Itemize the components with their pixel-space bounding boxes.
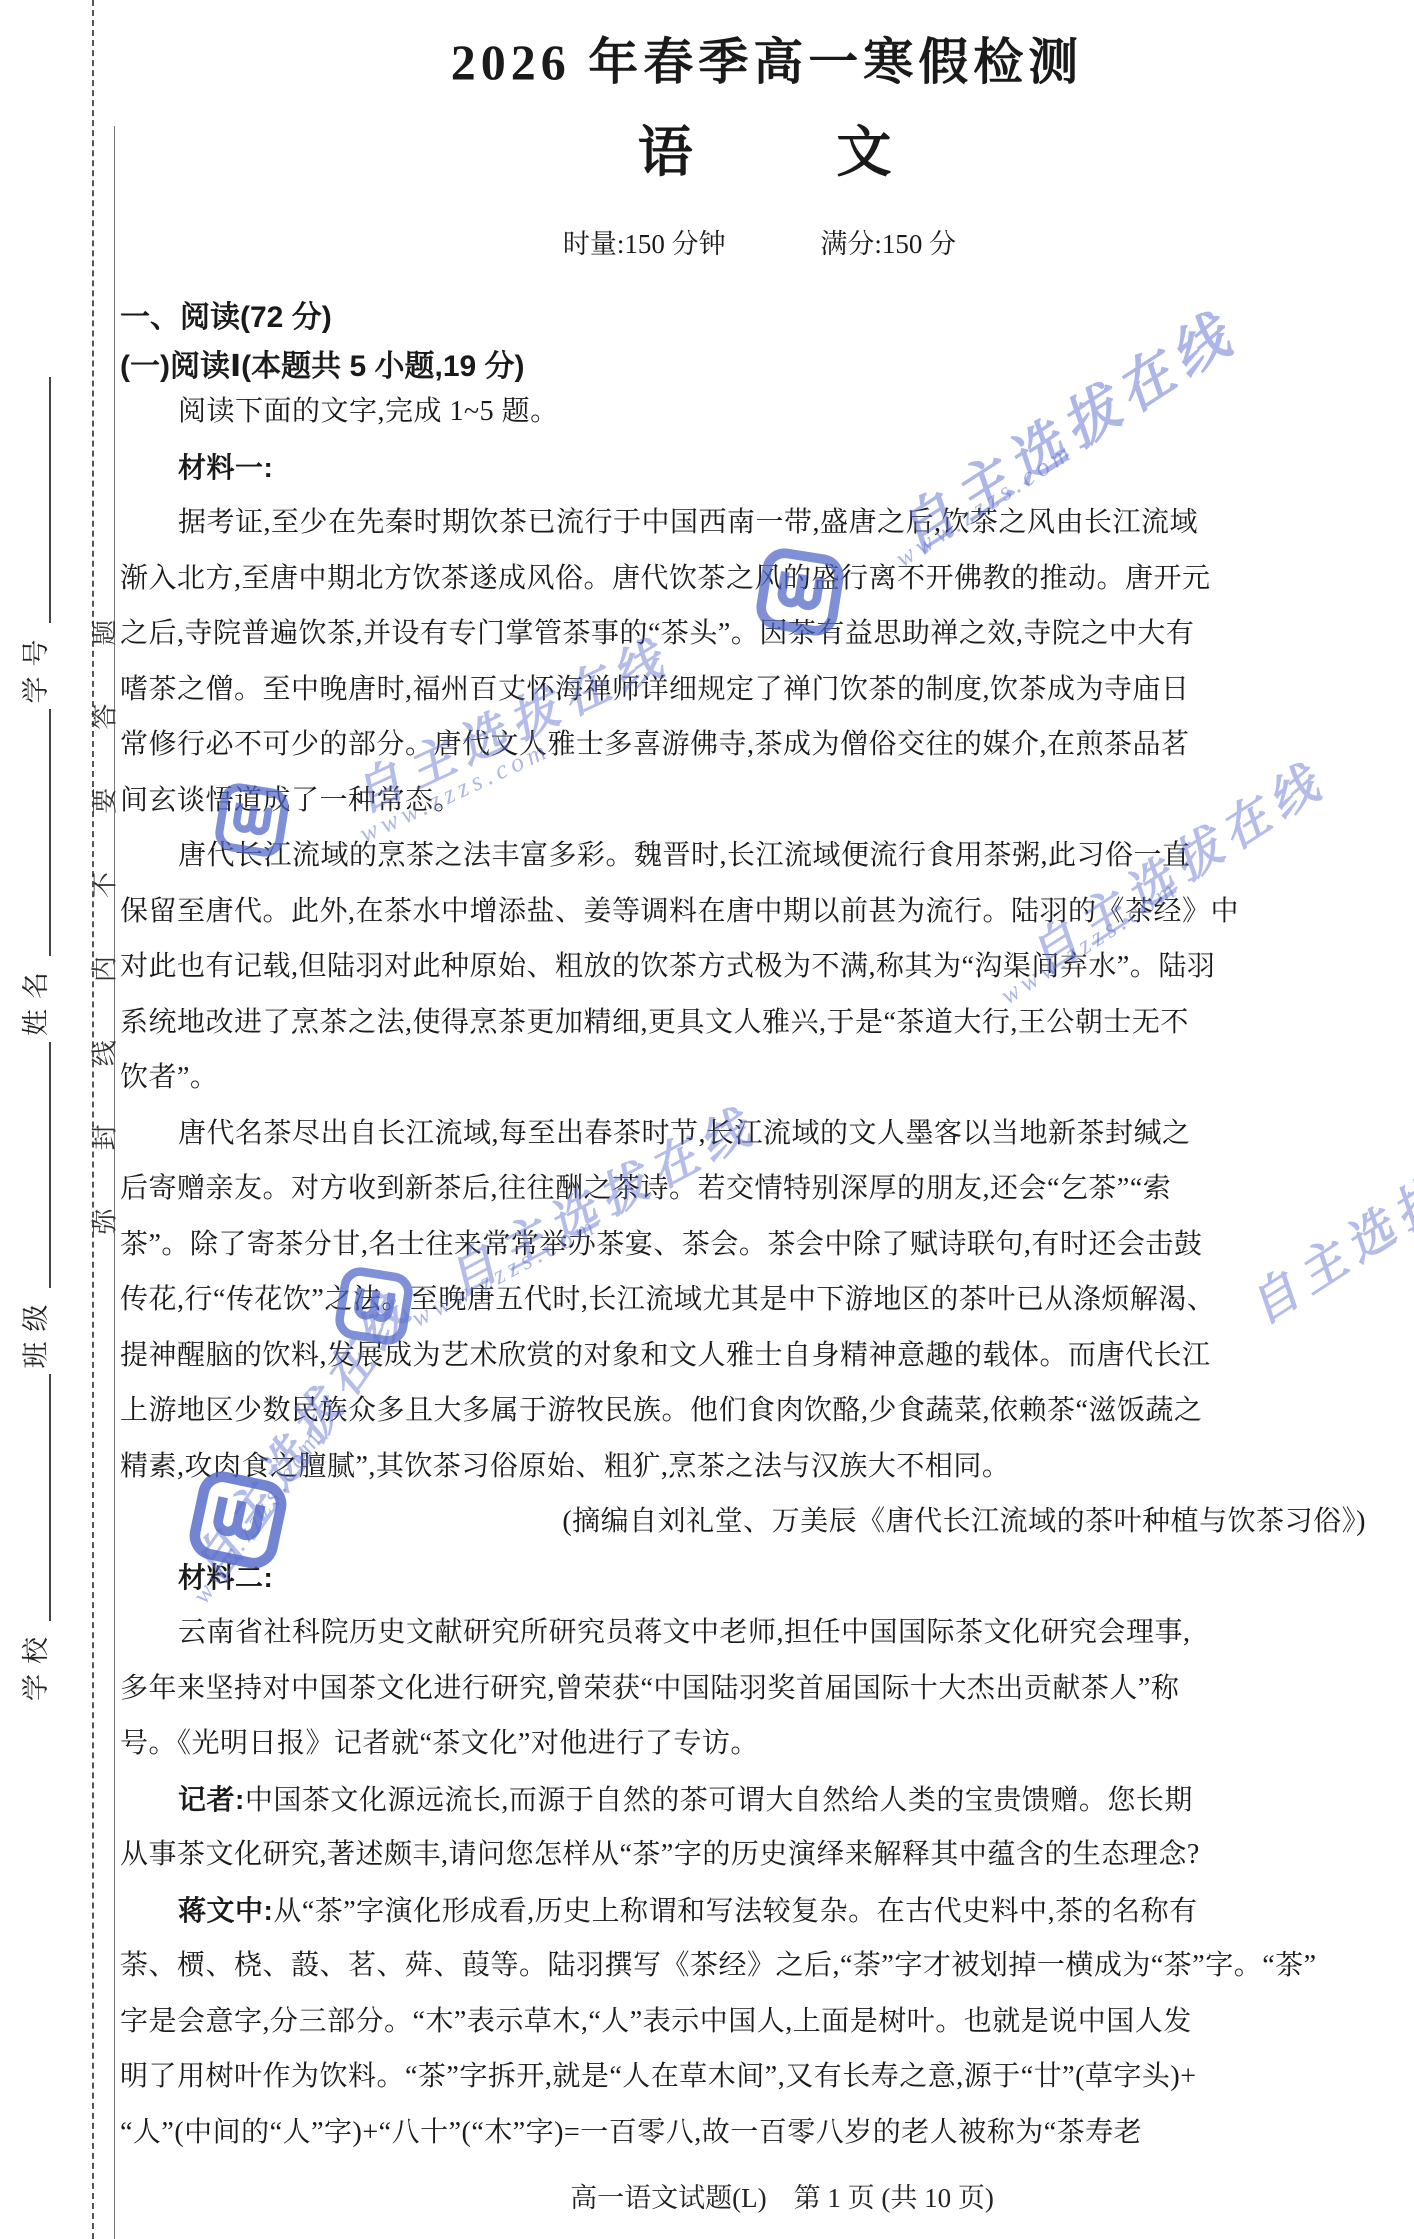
seal-text-char: 不 (85, 872, 115, 898)
student-field-label: 班级 (21, 1295, 51, 1369)
seal-text-char: 线 (85, 1040, 115, 1066)
student-field-fill-line (21, 710, 51, 957)
body-line: 系统地改进了烹茶之法,使得烹茶更加精细,更具文人雅兴,于是“茶道大行,王公朝士无… (120, 995, 1366, 1051)
section-heading-reading: 一、阅读(72 分) (120, 292, 332, 336)
student-field-label: 学校 (21, 1627, 51, 1701)
exam-meta: 时量:150 分钟 满分:150 分 (0, 222, 1414, 261)
seal-text-char: 题 (85, 620, 115, 646)
body-lines: 阅读下面的文字,完成 1~5 题。材料一:据考证,至少在先秦时期饮茶已流行于中国… (120, 384, 1366, 2160)
body-line: 茶”。除了寄茶分甘,名士往来常常举办茶宴、茶会。茶会中除了赋诗联句,有时还会击鼓 (120, 1217, 1366, 1273)
body-line: 饮者”。 (120, 1050, 1366, 1106)
body-line: 阅读下面的文字,完成 1~5 题。 (120, 384, 1366, 440)
seal-text-char: 封 (85, 1124, 115, 1150)
body-line: 从事茶文化研究,著述颇丰,请问您怎样从“茶”字的历史演绎来解释其中蕴含的生态理念… (120, 1827, 1366, 1883)
body-line: 传花,行“传花饮”之法。至晚唐五代时,长江流域尤其是中下游地区的茶叶已从涤烦解渴… (120, 1272, 1366, 1328)
body-line: 荼、槚、桡、蔎、茗、荈、葭等。陆羽撰写《茶经》之后,“荼”字才被划掉一横成为“茶… (120, 1938, 1366, 1994)
body-line: 保留至唐代。此外,在茶水中增添盐、姜等调料在唐中期以前甚为流行。陆羽的《茶经》中 (120, 884, 1366, 940)
body-line: 上游地区少数民族众多且大多属于游牧民族。他们食肉饮酪,少食蔬菜,依赖茶“滋饭蔬之 (120, 1383, 1366, 1439)
exam-paper-page: 学校班级姓名学号 弥封线内不要答题 2026 年春季高一寒假检测 语 文 时量:… (0, 0, 1414, 2239)
duration-label: 时量:150 分钟 (563, 229, 726, 259)
body-line: 材料一: (120, 440, 1366, 496)
student-info-fields: 学校班级姓名学号 (15, 371, 51, 1701)
seal-text-char: 答 (85, 704, 115, 730)
body-line: 记者:中国茶文化源远流长,而源于自然的茶可谓大自然给人类的宝贵馈赠。您长期 (120, 1772, 1366, 1828)
body-line: 号。《光明日报》记者就“茶文化”对他进行了专访。 (120, 1716, 1366, 1772)
body-line: 据考证,至少在先秦时期饮茶已流行于中国西南一带,盛唐之后,饮茶之风由长江流域 (120, 495, 1366, 551)
exam-title: 2026 年春季高一寒假检测 (0, 22, 1414, 94)
seal-line-text: 弥封线内不要答题 (85, 620, 115, 1235)
body-line: 间玄谈悟道成了一种常态。 (120, 773, 1366, 829)
subject-title: 语 文 (0, 108, 1414, 187)
body-line: 嗜茶之僧。至中晚唐时,福州百丈怀海禅师详细规定了禅门饮茶的制度,饮茶成为寺庙日 (120, 662, 1366, 718)
seal-text-char: 内 (85, 956, 115, 982)
seal-text-char: 弥 (85, 1208, 115, 1234)
body-line: 对此也有记载,但陆羽对此种原始、粗放的饮茶方式极为不满,称其为“沟渠间弃水”。陆… (120, 939, 1366, 995)
body-line: 精素,攻肉食之膻腻”,其饮茶习俗原始、粗犷,烹茶之法与汉族大不相同。 (120, 1439, 1366, 1495)
body-line: 之后,寺院普遍饮茶,并设有专门掌管茶事的“茶头”。因茶有益思助禅之效,寺院之中大… (120, 606, 1366, 662)
body-line: 材料二: (120, 1550, 1366, 1606)
body-line: 明了用树叶作为饮料。“茶”字拆开,就是“人在草木间”,又有长寿之意,源于“廿”(… (120, 2049, 1366, 2105)
body-line: 蒋文中:从“茶”字演化形成看,历史上称谓和写法较复杂。在古代史料中,茶的名称有 (120, 1883, 1366, 1939)
body-line: 多年来坚持对中国茶文化进行研究,曾荣获“中国陆羽奖首届国际十大杰出贡献茶人”称 (120, 1661, 1366, 1717)
body-line: 后寄赠亲友。对方收到新茶后,往往酬之茶诗。若交情特别深厚的朋友,还会“乞茶”“索 (120, 1161, 1366, 1217)
body-line: 提神醒脑的饮料,发展成为艺术欣赏的对象和文人雅士自身精神意趣的载体。而唐代长江 (120, 1328, 1366, 1384)
body-line: 字是会意字,分三部分。“木”表示草木,“人”表示中国人,上面是树叶。也就是说中国… (120, 1994, 1366, 2050)
seal-text-char: 要 (85, 788, 115, 814)
student-field-fill-line (21, 377, 51, 624)
body-line: 常修行必不可少的部分。唐代文人雅士多喜游佛寺,茶成为僧俗交往的媒介,在煎茶品茗 (120, 717, 1366, 773)
body-line: 云南省社科院历史文献研究所研究员蒋文中老师,担任中国国际茶文化研究会理事, (120, 1605, 1366, 1661)
body-line: 渐入北方,至唐中期北方饮茶遂成风俗。唐代饮茶之风的盛行离不开佛教的推动。唐开元 (120, 551, 1366, 607)
full-score-label: 满分:150 分 (820, 229, 956, 259)
student-field-fill-line (21, 1042, 51, 1289)
subsection-heading-reading1: (一)阅读Ⅰ(本题共 5 小题,19 分) (120, 341, 525, 385)
page-footer: 高一语文试题(L) 第 1 页 (共 10 页) (0, 2176, 1414, 2215)
student-field-label: 姓名 (21, 962, 51, 1036)
student-field-fill-line (21, 1375, 51, 1622)
body-line: (摘编自刘礼堂、万美辰《唐代长江流域的茶叶种植与饮茶习俗》) (120, 1494, 1366, 1550)
body-line: 唐代名茶尽出自长江流域,每至出春茶时节,长江流域的文人墨客以当地新茶封缄之 (120, 1106, 1366, 1162)
body-line: “人”(中间的“人”字)+“八十”(“木”字)=一百零八,故一百零八岁的老人被称… (120, 2105, 1366, 2161)
body-line: 唐代长江流域的烹茶之法丰富多彩。魏晋时,长江流域便流行食用茶粥,此习俗一直 (120, 828, 1366, 884)
student-field-label: 学号 (21, 630, 51, 704)
